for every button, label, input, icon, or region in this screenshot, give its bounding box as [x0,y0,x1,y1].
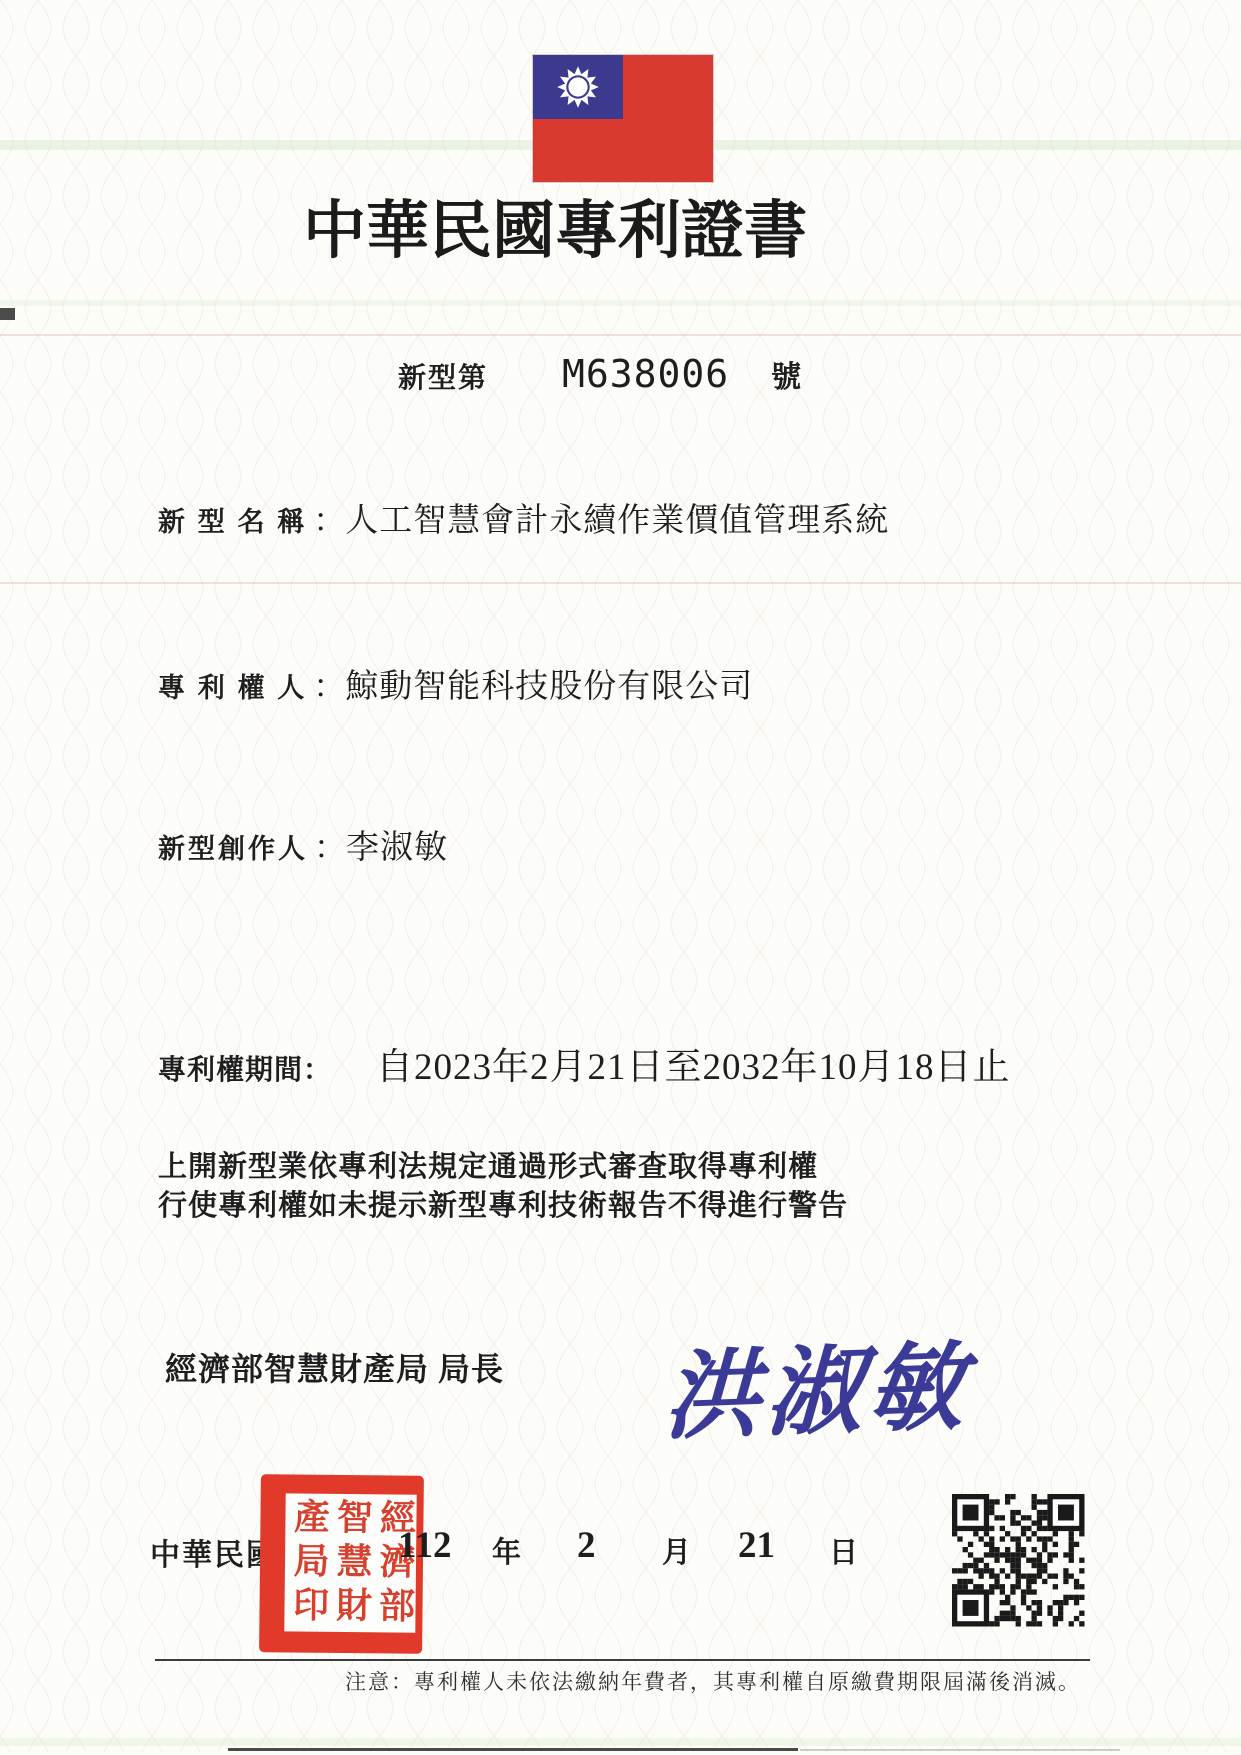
date-month-unit: 月 [662,1530,691,1571]
taiwan-flag [533,55,713,182]
field-value: 鯨動智能科技股份有限公司 [345,660,753,707]
certificate-page: 中華民國專利證書 新型第 M638006 號 新 型 名 稱 ： 人工智慧會計永… [0,0,1241,1755]
period-label: 專利權期間： [158,1048,332,1088]
date-day: 21 [738,1524,775,1567]
scan-artifact [228,1748,798,1751]
footer-divider [155,1659,1090,1661]
field-value: 李淑敏 [346,821,448,868]
patent-number: M638006 [562,352,729,396]
field-label: 新 型 名 稱 [158,500,307,539]
date-era: 中華民國 [150,1530,278,1574]
scan-tint-band [0,1738,1241,1746]
sun-icon [552,61,604,113]
field-label: 專 利 權 人 [158,666,307,705]
patent-number-suffix: 號 [771,352,801,396]
director-signature: 洪淑敏 [662,1311,973,1459]
legal-notice: 上開新型業依專利法規定通過形式審查取得專利權 行使專利權如未提示新型專利技術報告… [158,1148,848,1226]
scan-tint-band [0,300,1241,306]
field-row-period: 專利權期間： 自2023年2月21日至2032年10月18日止 [158,1036,1011,1090]
patent-number-row: 新型第 M638006 號 [398,352,801,396]
field-row-patentee: 專 利 權 人 ： 鯨動智能科技股份有限公司 [158,660,753,707]
field-separator: ： [313,661,345,707]
field-separator: ： [313,495,345,541]
patent-number-prefix: 新型第 [398,356,488,396]
field-label: 新型創作人 [158,827,308,866]
seal-text: 經濟部智慧財產局印 [284,1493,416,1632]
scan-tint-band [0,334,1241,336]
date-day-unit: 日 [829,1530,858,1571]
footer-note: 注意：專利權人未依法繳納年費者，其專利權自原繳費期限屆滿後消滅。 [345,1666,1081,1696]
scan-artifact [800,1749,1120,1751]
legal-line: 行使專利權如未提示新型專利技術報告不得進行警告 [158,1187,848,1226]
scan-tint-band [0,582,1241,584]
period-value: 自2023年2月21日至2032年10月18日止 [376,1036,1011,1090]
field-row-title: 新 型 名 稱 ： 人工智慧會計永續作業價值管理系統 [158,494,889,541]
field-separator: ： [314,822,346,868]
field-value: 人工智慧會計永續作業價值管理系統 [345,494,889,541]
date-year: 112 [398,1524,451,1567]
certificate-title: 中華民國專利證書 [303,200,807,263]
date-month: 2 [577,1524,596,1567]
field-row-creator: 新型創作人 ： 李淑敏 [158,821,448,868]
issuer-title: 經濟部智慧財產局 局長 [165,1344,504,1390]
date-year-unit: 年 [492,1530,521,1571]
scan-artifact [0,308,15,320]
qr-code [952,1494,1085,1627]
flag-canton [533,55,623,119]
legal-line: 上開新型業依專利法規定通過形式審查取得專利權 [158,1148,848,1187]
